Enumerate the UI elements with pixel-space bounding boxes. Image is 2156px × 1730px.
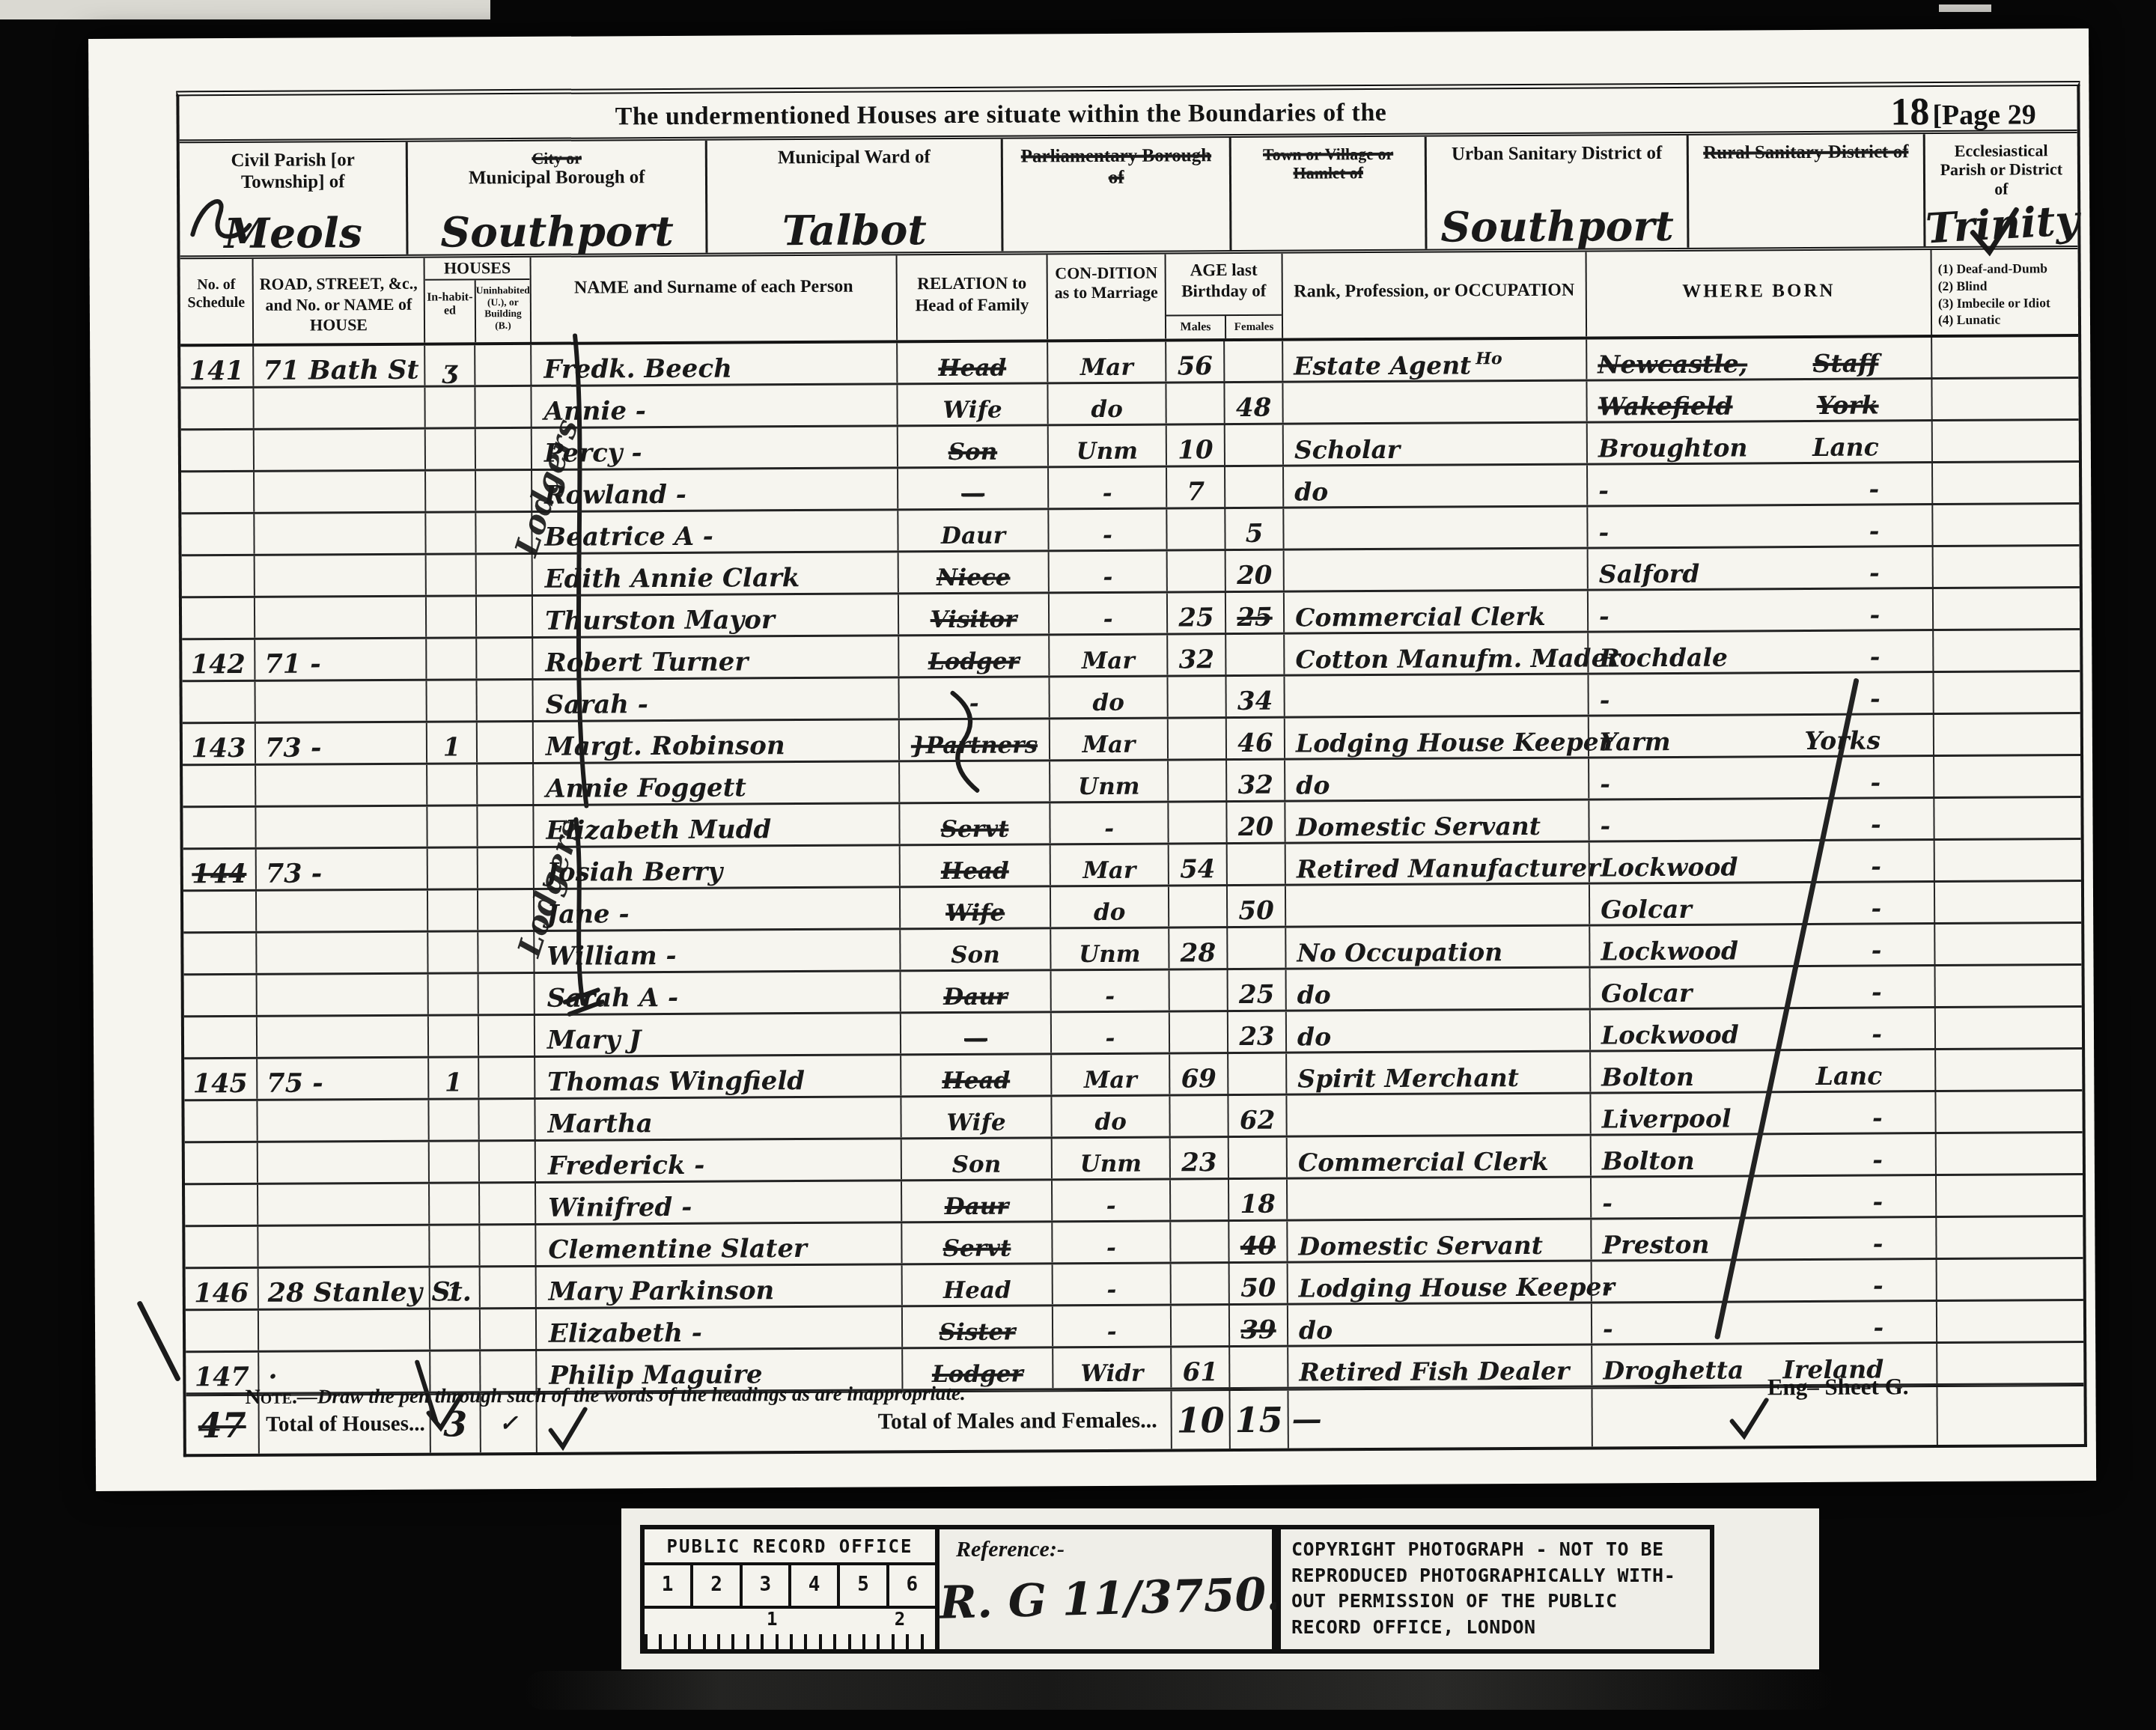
column-header-row: No. of Schedule ROAD, STREET, &c., and N…	[180, 249, 2079, 347]
cell-inhabited: 1	[429, 1267, 479, 1307]
schedule-strike-mark	[140, 1303, 178, 1378]
cell-age-male	[1166, 551, 1225, 591]
cell-name: Mary J	[534, 1014, 900, 1056]
cell-where-born: Lockwood-	[1589, 925, 1934, 966]
cell-relation: Lodger	[898, 636, 1048, 676]
cell-inhabited	[427, 932, 477, 972]
cell-uninhabited	[475, 429, 531, 469]
cell-condition: Unm	[1051, 1138, 1169, 1178]
sheet-label: Eng– Sheet G.	[1767, 1373, 1909, 1401]
cell-relation: Wife	[900, 1097, 1050, 1137]
cell-occupation: Scholar	[1282, 424, 1586, 465]
cell-inhabited	[427, 974, 478, 1014]
cell-name: Thurston Mayor	[532, 594, 898, 636]
cell-infirmities	[1931, 463, 2079, 503]
cell-name: Rowland -	[531, 469, 897, 511]
cell-uninhabited	[478, 1225, 535, 1265]
cell-age-female	[1225, 635, 1283, 674]
cell-condition: -	[1052, 1306, 1170, 1346]
cell-infirmities	[1934, 1091, 2082, 1132]
cell-age-male: 28	[1168, 928, 1226, 968]
cell-age-female: 48	[1223, 383, 1282, 423]
col-age: AGE last Birthday of	[1166, 254, 1282, 315]
cell-uninhabited	[476, 806, 532, 846]
urban-sanitary-label: Urban Sanitary District of	[1427, 135, 1687, 166]
cell-age-male	[1169, 1222, 1228, 1261]
cell-occupation: Retired Manufacturer	[1285, 843, 1589, 884]
cell-infirmities	[1931, 421, 2079, 461]
town-village-line2: Hamlet of	[1242, 163, 1414, 183]
table-body: 14171 Bath StʒFredk. BeechHeadMar56Estat…	[180, 337, 2083, 1395]
cell-road	[252, 388, 424, 428]
cell-condition: -	[1050, 1012, 1169, 1053]
town-village-line1: Town or Village or	[1242, 144, 1414, 164]
cell-age-female: 20	[1225, 802, 1284, 842]
cell-schedule	[183, 766, 255, 806]
cell-schedule	[184, 975, 256, 1016]
cell-schedule: 145	[184, 1059, 256, 1100]
cell-schedule	[182, 598, 254, 639]
municipal-ward-value: Talbot	[707, 209, 1001, 252]
cell-relation: Visitor	[898, 594, 1048, 634]
cell-condition: Unm	[1049, 761, 1167, 801]
cell-name: Clementine Slater	[535, 1223, 901, 1265]
ruler-number: 3	[740, 1565, 788, 1606]
copyright-line-4: RECORD OFFICE, LONDON	[1291, 1615, 1699, 1641]
cell-occupation: No Occupation	[1285, 927, 1589, 968]
ruler-number: 4	[788, 1565, 837, 1606]
municipal-borough-label: Municipal Borough of	[469, 167, 645, 188]
cell-infirmities	[1931, 505, 2079, 545]
cell-occupation: Commercial Clerk	[1286, 1136, 1590, 1178]
cell-name: Jane -	[533, 888, 899, 930]
cell-relation: Son	[901, 1139, 1051, 1179]
cell-relation: —	[897, 468, 1047, 508]
reference-box: Reference:- R. G 11/3750.	[940, 1525, 1276, 1654]
cell-condition: -	[1047, 467, 1166, 508]
cell-uninhabited	[475, 639, 532, 678]
cell-age-female: 40	[1228, 1222, 1286, 1261]
cell-name: Frederick -	[535, 1139, 901, 1181]
cell-occupation: Lodging House Keeper	[1284, 717, 1588, 758]
cell-age-male: 69	[1169, 1054, 1227, 1094]
cell-schedule: 144	[183, 850, 255, 890]
cell-uninhabited	[478, 1016, 534, 1056]
cell-age-female	[1226, 928, 1285, 968]
cell-road	[255, 807, 426, 847]
cell-infirmities	[1934, 1008, 2082, 1048]
cell-condition: -	[1052, 1264, 1170, 1304]
cell-occupation	[1285, 1094, 1589, 1136]
cell-age-female	[1224, 425, 1282, 465]
cell-road	[258, 1310, 429, 1350]
cell-where-born: --	[1587, 673, 1932, 714]
cell-relation	[898, 761, 1049, 802]
cell-age-male: 23	[1169, 1138, 1228, 1178]
municipal-ward-label: Municipal Ward of	[707, 139, 1001, 170]
cell-inhabited	[427, 1016, 478, 1056]
cell-infirmities	[1931, 379, 2078, 419]
cell-schedule	[180, 389, 252, 429]
civil-parish-label: Civil Parish [or Township] of	[180, 142, 406, 194]
cell-name: Edith Annie Clark	[532, 552, 898, 594]
cell-inhabited	[424, 471, 475, 511]
cell-age-male: 56	[1165, 341, 1223, 381]
cell-where-born: Lockwood-	[1589, 841, 1934, 882]
cell-schedule	[185, 1185, 257, 1225]
cell-age-female: 23	[1227, 1012, 1285, 1052]
ecclesiastical-label: Ecclesiastical Parish or District of	[1925, 133, 2077, 198]
cell-inhabited: 1	[427, 1058, 478, 1097]
cell-road	[256, 1017, 427, 1057]
ruler-inch-2: 2	[895, 1609, 905, 1630]
page-title: The undermentioned Houses are situate wi…	[52, 96, 1949, 134]
cell-infirmities	[1934, 924, 2081, 964]
cell-inhabited	[424, 387, 474, 427]
cell-where-born: BoltonLanc	[1589, 1050, 1934, 1091]
cell-inhabited	[427, 1100, 478, 1139]
cell-name: Fredk. Beech	[530, 343, 896, 385]
cell-inhabited	[427, 890, 477, 930]
cell-age-female	[1224, 467, 1282, 507]
copyright-line-1: COPYRIGHT PHOTOGRAPH - NOT TO BE	[1291, 1537, 1699, 1563]
cell-name: Thomas Wingfield	[534, 1056, 900, 1097]
cell-road	[255, 933, 427, 973]
col-where-born: WHERE BORN	[1586, 250, 1931, 336]
cell-age-male	[1170, 1264, 1228, 1303]
cell-infirmities	[1935, 1133, 2083, 1174]
cell-relation: Daur	[900, 971, 1050, 1011]
cell-uninhabited	[478, 1184, 535, 1223]
cell-road	[257, 1184, 428, 1225]
cell-infirmities	[1932, 630, 2080, 671]
cell-occupation: Commercial Clerk	[1283, 591, 1587, 633]
municipal-borough-value: Southport	[409, 210, 706, 253]
cell-name: Elizabeth -	[535, 1307, 901, 1349]
cell-road	[254, 597, 425, 638]
cell-relation: Daur	[901, 1181, 1051, 1221]
cell-infirmities	[1936, 1259, 2083, 1300]
cell-age-female: 18	[1228, 1180, 1286, 1219]
cell-age-male: 10	[1166, 425, 1224, 465]
district-header-band: Civil Parish [or Township] of Meols City…	[180, 133, 2078, 259]
cell-schedule	[186, 1311, 258, 1351]
cell-road	[253, 514, 424, 554]
cell-where-born: Golcar-	[1589, 883, 1934, 924]
col-infirmities: (1) Deaf-and-Dumb (2) Blind (3) Imbecile…	[1931, 249, 2079, 335]
pro-ruler: 1 2	[645, 1609, 935, 1652]
cell-condition: Mar	[1049, 719, 1167, 759]
cell-uninhabited	[478, 1142, 535, 1181]
cell-schedule	[183, 808, 255, 848]
cell-name: Annie Foggett	[532, 762, 898, 804]
cell-age-female: 39	[1228, 1306, 1287, 1345]
cell-occupation	[1282, 382, 1586, 423]
cell-schedule: 141	[180, 347, 252, 387]
cell-occupation: do	[1285, 1011, 1589, 1052]
infirmity-2: (2) Blind	[1938, 277, 2078, 295]
cell-age-male	[1170, 1306, 1228, 1345]
cell-inhabited	[425, 680, 475, 720]
cell-uninhabited	[479, 1267, 535, 1307]
cell-age-male: 25	[1166, 593, 1225, 633]
cell-inhabited	[424, 513, 475, 552]
col-condition: CON-DITION as to Marriage	[1047, 254, 1166, 339]
cell-inhabited	[427, 848, 477, 888]
cell-age-male: 54	[1168, 844, 1226, 884]
cell-condition: -	[1050, 970, 1169, 1011]
cell-inhabited	[428, 1184, 478, 1223]
cell-name: Robert Turner	[532, 636, 898, 678]
cell-relation: Head	[900, 1055, 1050, 1095]
note-cap: Note.	[245, 1386, 297, 1409]
ruler-number: 2	[690, 1565, 739, 1606]
cell-condition: Mar	[1050, 844, 1168, 885]
cell-where-born: Bolton-	[1590, 1134, 1935, 1175]
cell-road	[255, 765, 426, 805]
col-occupation: Rank, Profession, or OCCUPATION	[1282, 252, 1586, 338]
page-label: [Page 29	[1932, 99, 2035, 131]
occupation-superscript: Ho	[1476, 350, 1502, 367]
cell-schedule	[184, 1017, 256, 1058]
cell-occupation: do	[1284, 759, 1588, 800]
cell-age-female: 34	[1225, 677, 1283, 716]
ruler-number: 1	[645, 1565, 690, 1606]
cell-where-born: Newcastle,Staff	[1586, 338, 1931, 379]
cell-schedule: 146	[186, 1269, 258, 1309]
civil-parish-value: Meols	[180, 212, 406, 255]
ecclesiastical-value: Trinity	[1925, 199, 2079, 249]
cell-road	[253, 472, 424, 512]
cell-schedule	[181, 514, 253, 555]
cell-where-born: WakefieldYork	[1586, 380, 1931, 421]
cell-relation: Wife	[899, 887, 1050, 928]
cell-inhabited	[429, 1309, 479, 1349]
cell-infirmities	[1935, 1217, 2083, 1258]
cell-age-female: 32	[1225, 761, 1284, 800]
cell-name: Mary Parkinson	[535, 1265, 901, 1307]
cell-occupation	[1283, 549, 1587, 591]
cell-uninhabited	[478, 1058, 534, 1097]
cell-condition: -	[1051, 1222, 1169, 1262]
cell-relation: Son	[899, 929, 1050, 969]
cell-infirmities	[1933, 798, 2080, 838]
cell-age-male	[1169, 1012, 1227, 1052]
cell-age-female: 46	[1225, 719, 1284, 758]
cell-condition: do	[1050, 1096, 1169, 1136]
cell-uninhabited	[476, 722, 532, 762]
ruler-number: 6	[886, 1565, 935, 1606]
cell-where-born: --	[1590, 1176, 1935, 1217]
cell-relation: Niece	[898, 552, 1048, 592]
cell-infirmities	[1932, 588, 2080, 629]
cell-uninhabited	[474, 387, 530, 427]
cell-uninhabited	[479, 1309, 535, 1349]
cell-age-male	[1169, 1096, 1227, 1136]
cell-condition: -	[1048, 551, 1166, 591]
cell-relation: }Partners	[898, 719, 1049, 760]
cell-schedule	[183, 933, 255, 974]
note-text: —Draw the pen through such of the words …	[297, 1382, 966, 1408]
cell-age-female: 50	[1228, 1264, 1287, 1303]
cell-where-born: Salford-	[1587, 547, 1932, 588]
cell-occupation: Domestic Servant	[1284, 801, 1588, 842]
cell-infirmities	[1932, 546, 2080, 587]
cell-inhabited: 1	[426, 722, 476, 762]
cell-name: Beatrice A -	[531, 511, 897, 552]
cell-road	[256, 1100, 427, 1141]
cell-relation: Head	[901, 1264, 1052, 1305]
cell-inhabited	[425, 555, 475, 594]
cell-occupation: Domestic Servant	[1286, 1220, 1590, 1261]
cell-road: 28 Stanley St.	[258, 1268, 429, 1309]
scan-artifact-top-right	[1939, 4, 1991, 12]
col-houses: HOUSES	[425, 258, 530, 281]
cell-road	[257, 1142, 428, 1183]
cell-where-born: Liverpool-	[1589, 1092, 1934, 1133]
cell-age-male: 7	[1166, 467, 1224, 507]
infirmity-1: (1) Deaf-and-Dumb	[1938, 260, 2078, 278]
scan-artifact-bottom	[524, 1671, 1834, 1710]
ruler-inch-1: 1	[767, 1609, 777, 1630]
cell-occupation: Spirit Merchant	[1285, 1053, 1589, 1094]
cell-road: 75 -	[256, 1059, 427, 1099]
cell-age-male	[1166, 677, 1225, 716]
cell-where-born: Lockwood-	[1589, 1008, 1934, 1050]
cell-occupation: Cotton Manufm. Mader	[1283, 633, 1587, 674]
cell-occupation	[1283, 675, 1587, 716]
cell-age-male	[1167, 761, 1225, 800]
cell-schedule	[183, 892, 255, 932]
col-name: NAME and Surname of each Person	[530, 255, 897, 342]
cell-relation: Wife	[896, 384, 1047, 424]
cell-inhabited: ʒ	[424, 345, 474, 385]
cell-infirmities	[1936, 1301, 2083, 1341]
municipal-borough-box: City or Municipal Borough of Southport	[406, 141, 705, 255]
cell-condition: Unm	[1047, 425, 1166, 466]
col-houses-group: HOUSES In-habit-ed Uninhabited (U.), or …	[424, 258, 531, 343]
cell-where-born: --	[1588, 757, 1933, 798]
civil-parish-box: Civil Parish [or Township] of Meols	[180, 142, 406, 256]
cell-uninhabited	[478, 974, 534, 1014]
cell-age-male	[1169, 1180, 1228, 1219]
cell-schedule	[181, 472, 253, 513]
col-females: Females	[1225, 316, 1282, 338]
ecclesiastical-box: Ecclesiastical Parish or District of Tri…	[1922, 133, 2077, 246]
cell-infirmities	[1933, 714, 2080, 755]
cell-age-female	[1223, 341, 1282, 381]
cell-road: 73 -	[255, 723, 426, 764]
cell-age-male: 32	[1166, 635, 1225, 674]
cell-condition: -	[1051, 1180, 1169, 1220]
cell-name: Margt. Robinson	[532, 720, 898, 762]
city-or-struck: City or	[418, 148, 695, 168]
cell-relation: —	[900, 1013, 1050, 1053]
pro-box: PUBLIC RECORD OFFICE 123456 1 2	[640, 1525, 940, 1654]
cell-inhabited	[425, 639, 475, 678]
cell-infirmities	[1931, 337, 2078, 377]
cell-name: Martha	[534, 1097, 900, 1139]
cell-schedule	[183, 682, 255, 722]
cell-occupation	[1285, 885, 1589, 926]
cell-infirmities	[1934, 1050, 2082, 1090]
cell-where-born: --	[1586, 505, 1931, 546]
cell-age-female	[1228, 1138, 1286, 1178]
cell-age-male	[1169, 970, 1227, 1010]
cell-occupation: Estate AgentHo	[1282, 340, 1586, 381]
col-road: ROAD, STREET, &c., and No. or NAME of HO…	[252, 258, 424, 344]
infirmity-3: (3) Imbecile or Idiot	[1938, 294, 2078, 312]
copyright-line-2: REPRODUCED PHOTOGRAPHICALLY WITH-	[1291, 1563, 1699, 1589]
cell-occupation	[1282, 508, 1586, 549]
cell-where-born: Preston-	[1590, 1218, 1935, 1259]
cell-occupation	[1286, 1178, 1590, 1219]
cell-uninhabited	[474, 345, 530, 385]
cell-relation: Sister	[901, 1306, 1052, 1347]
cell-road	[257, 1226, 428, 1267]
cell-occupation: do	[1282, 466, 1586, 507]
cell-where-born: BroughtonLanc	[1586, 421, 1931, 463]
rural-sanitary-box: Rural Sanitary District of	[1687, 134, 1923, 248]
cell-schedule	[185, 1143, 257, 1184]
cell-inhabited	[428, 1142, 478, 1181]
cell-schedule: 142	[182, 640, 254, 680]
cell-age-male	[1166, 509, 1224, 549]
municipal-ward-box: Municipal Ward of Talbot	[705, 139, 1002, 253]
cell-uninhabited	[478, 1100, 534, 1139]
pro-stamp-strip: PUBLIC RECORD OFFICE 123456 1 2 Referenc…	[621, 1508, 1819, 1669]
cell-relation: Head	[896, 342, 1047, 383]
col-relation: RELATION to Head of Family	[896, 255, 1047, 340]
cell-road	[253, 430, 424, 470]
urban-sanitary-value: Southport	[1427, 205, 1687, 248]
col-schedule: No. of Schedule	[180, 259, 253, 344]
cell-age-male	[1167, 719, 1225, 758]
pro-office-label: PUBLIC RECORD OFFICE	[645, 1529, 935, 1565]
cell-road	[254, 681, 425, 722]
cell-uninhabited	[475, 597, 532, 636]
cell-condition: do	[1048, 677, 1166, 717]
rural-sanitary-label: Rural Sanitary District of	[1689, 134, 1923, 164]
cell-where-born: --	[1588, 799, 1933, 840]
cell-where-born: --	[1591, 1302, 1936, 1343]
col-uninhabited: Uninhabited (U.), or Building (B.)	[475, 280, 530, 342]
cell-uninhabited	[475, 680, 532, 720]
cell-condition: do	[1047, 383, 1165, 424]
col-males: Males	[1166, 316, 1225, 338]
cell-age-male	[1168, 886, 1226, 926]
cell-road: 71 Bath St	[252, 346, 424, 386]
cell-inhabited	[424, 429, 475, 469]
cell-age-male	[1165, 383, 1223, 423]
cell-age-female: 25	[1225, 593, 1283, 633]
cell-infirmities	[1934, 966, 2082, 1006]
cell-inhabited	[428, 1225, 478, 1265]
cell-relation: Servt	[901, 1222, 1051, 1263]
cell-age-female: 50	[1226, 886, 1285, 926]
cell-age-female	[1227, 1054, 1285, 1094]
census-table: The undermentioned Houses are situate wi…	[176, 81, 2087, 1457]
copyright-line-3: OUT PERMISSION OF THE PUBLIC	[1291, 1589, 1699, 1615]
cell-age-female: 20	[1225, 551, 1283, 591]
cell-infirmities	[1933, 756, 2080, 797]
cell-condition: -	[1049, 802, 1167, 843]
cell-condition: Unm	[1050, 928, 1168, 969]
cell-age-female: 5	[1224, 509, 1282, 549]
cell-condition: do	[1050, 886, 1168, 927]
cell-where-born: --	[1586, 463, 1931, 505]
cell-condition: Mar	[1047, 341, 1165, 382]
